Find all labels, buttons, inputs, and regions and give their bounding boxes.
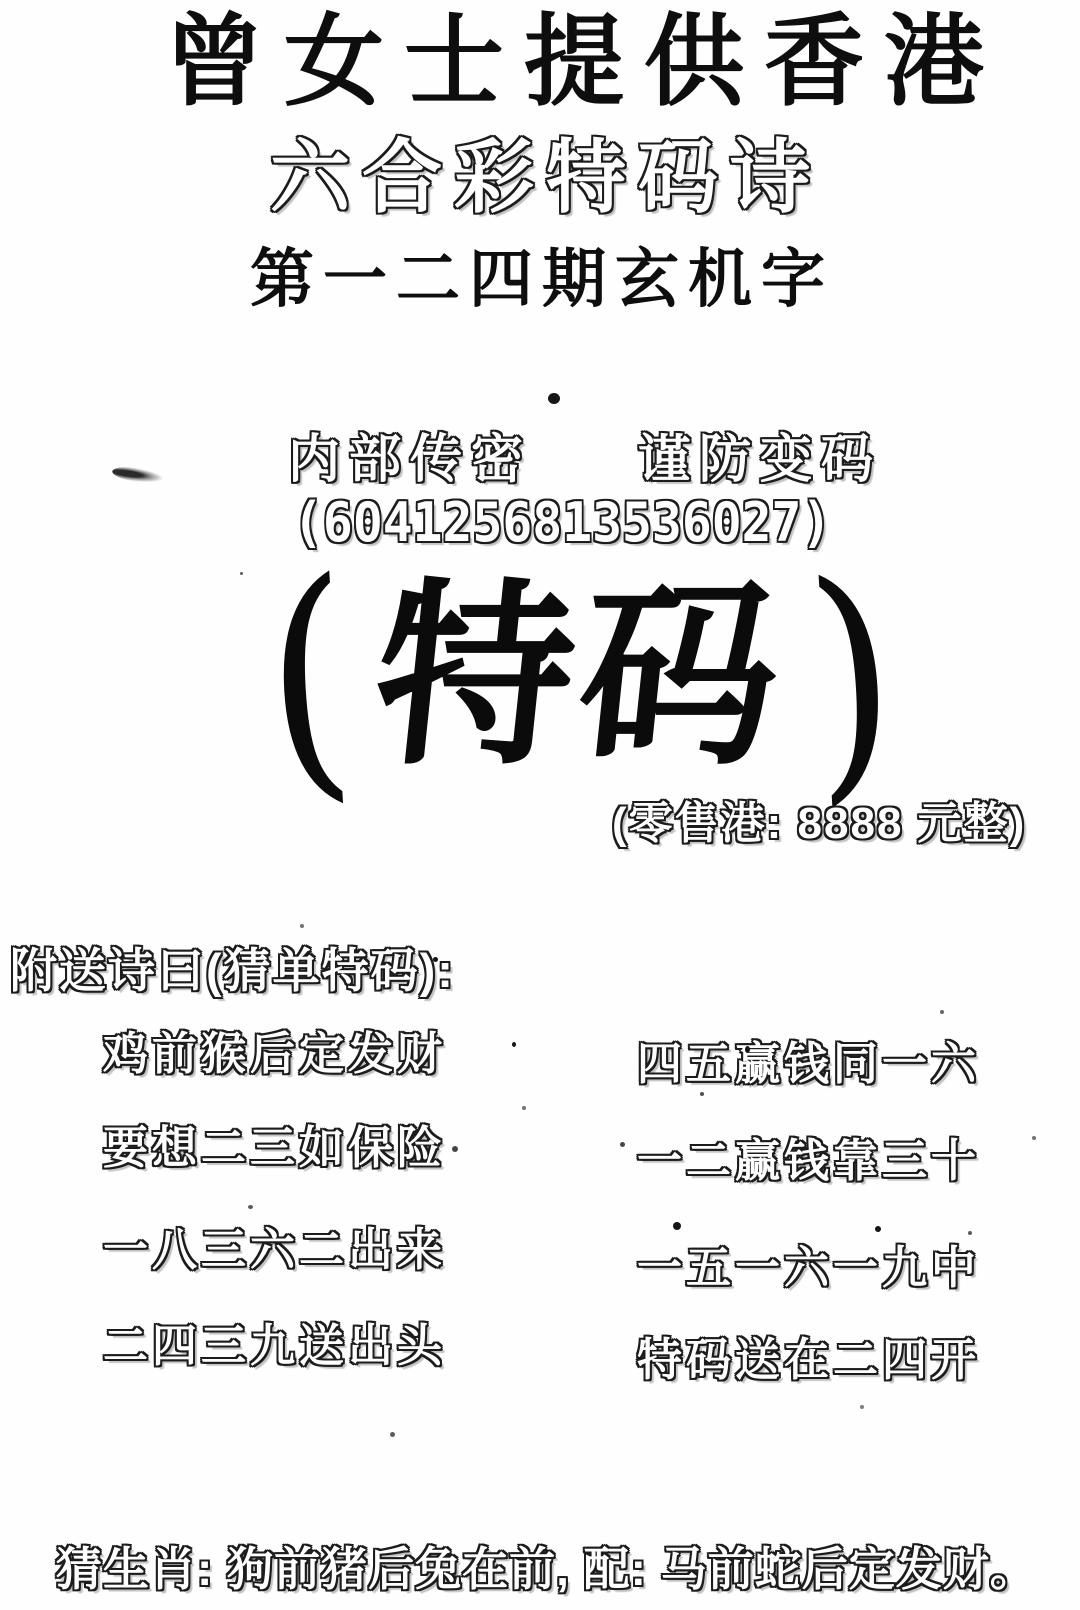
scan-speck	[300, 924, 304, 928]
banner-close-paren: )	[802, 553, 901, 804]
notice-internal-secret: 内部传密	[288, 428, 532, 492]
scan-speck	[875, 1226, 881, 1232]
scan-speck	[452, 1146, 458, 1152]
poem-right-line-4: 特码送在二四开	[637, 1332, 980, 1388]
scan-speck	[433, 957, 438, 962]
scan-speck	[522, 1106, 526, 1110]
banner-open-paren: (	[259, 553, 358, 804]
poem-right-line-2: 一二赢钱靠三十	[637, 1133, 980, 1189]
zodiac-prediction-line: 猜生肖: 狗前猪后兔在前, 配: 马前蛇后定发财。	[56, 1540, 1037, 1598]
scanned-lottery-sheet: 曾女士提供香港 六合彩特码诗 第一二四期玄机字 内部传密 谨防变码 (60412…	[0, 0, 1080, 1610]
poem-left-line-1: 鸡前猴后定发财	[103, 1026, 446, 1082]
poem-left-line-4: 二四三九送出头	[103, 1318, 446, 1374]
scan-speck	[548, 393, 560, 404]
scan-speck	[860, 1405, 864, 1409]
title-main: 曾女士提供香港	[160, 2, 1008, 124]
scan-speck	[1032, 1136, 1036, 1140]
scan-speck	[620, 1142, 625, 1147]
special-code-banner: ( 特码 )	[235, 556, 925, 801]
scan-speck	[673, 1222, 681, 1230]
scan-speck	[240, 572, 243, 575]
special-code-text: 特码	[364, 569, 795, 789]
scan-smudge	[111, 464, 164, 485]
scan-speck	[390, 1432, 395, 1437]
notice-beware-code-change: 谨防变码	[638, 428, 882, 492]
poem-right-line-3: 一五一六一九中	[637, 1240, 980, 1296]
scan-speck	[512, 1042, 516, 1047]
retail-price-note: (零售港: 8888 元整)	[612, 796, 1026, 852]
poem-left-line-3: 一八三六二出来	[103, 1222, 446, 1278]
poem-intro: 附送诗曰(猜单特码):	[10, 942, 455, 1000]
scan-speck	[968, 1231, 972, 1235]
poem-left-line-2: 要想二三如保险	[103, 1120, 446, 1176]
cipher-number: (6041256813536027)	[293, 490, 831, 556]
poem-right-line-1: 四五赢钱同一六	[637, 1036, 980, 1092]
scan-speck	[574, 30, 578, 34]
scan-speck	[940, 1010, 944, 1014]
scan-speck	[745, 1046, 750, 1053]
issue-number-line: 第一二四期玄机字	[250, 242, 834, 318]
scan-speck	[248, 1205, 253, 1209]
scan-speck	[700, 1092, 704, 1096]
subtitle: 六合彩特码诗	[270, 130, 822, 225]
